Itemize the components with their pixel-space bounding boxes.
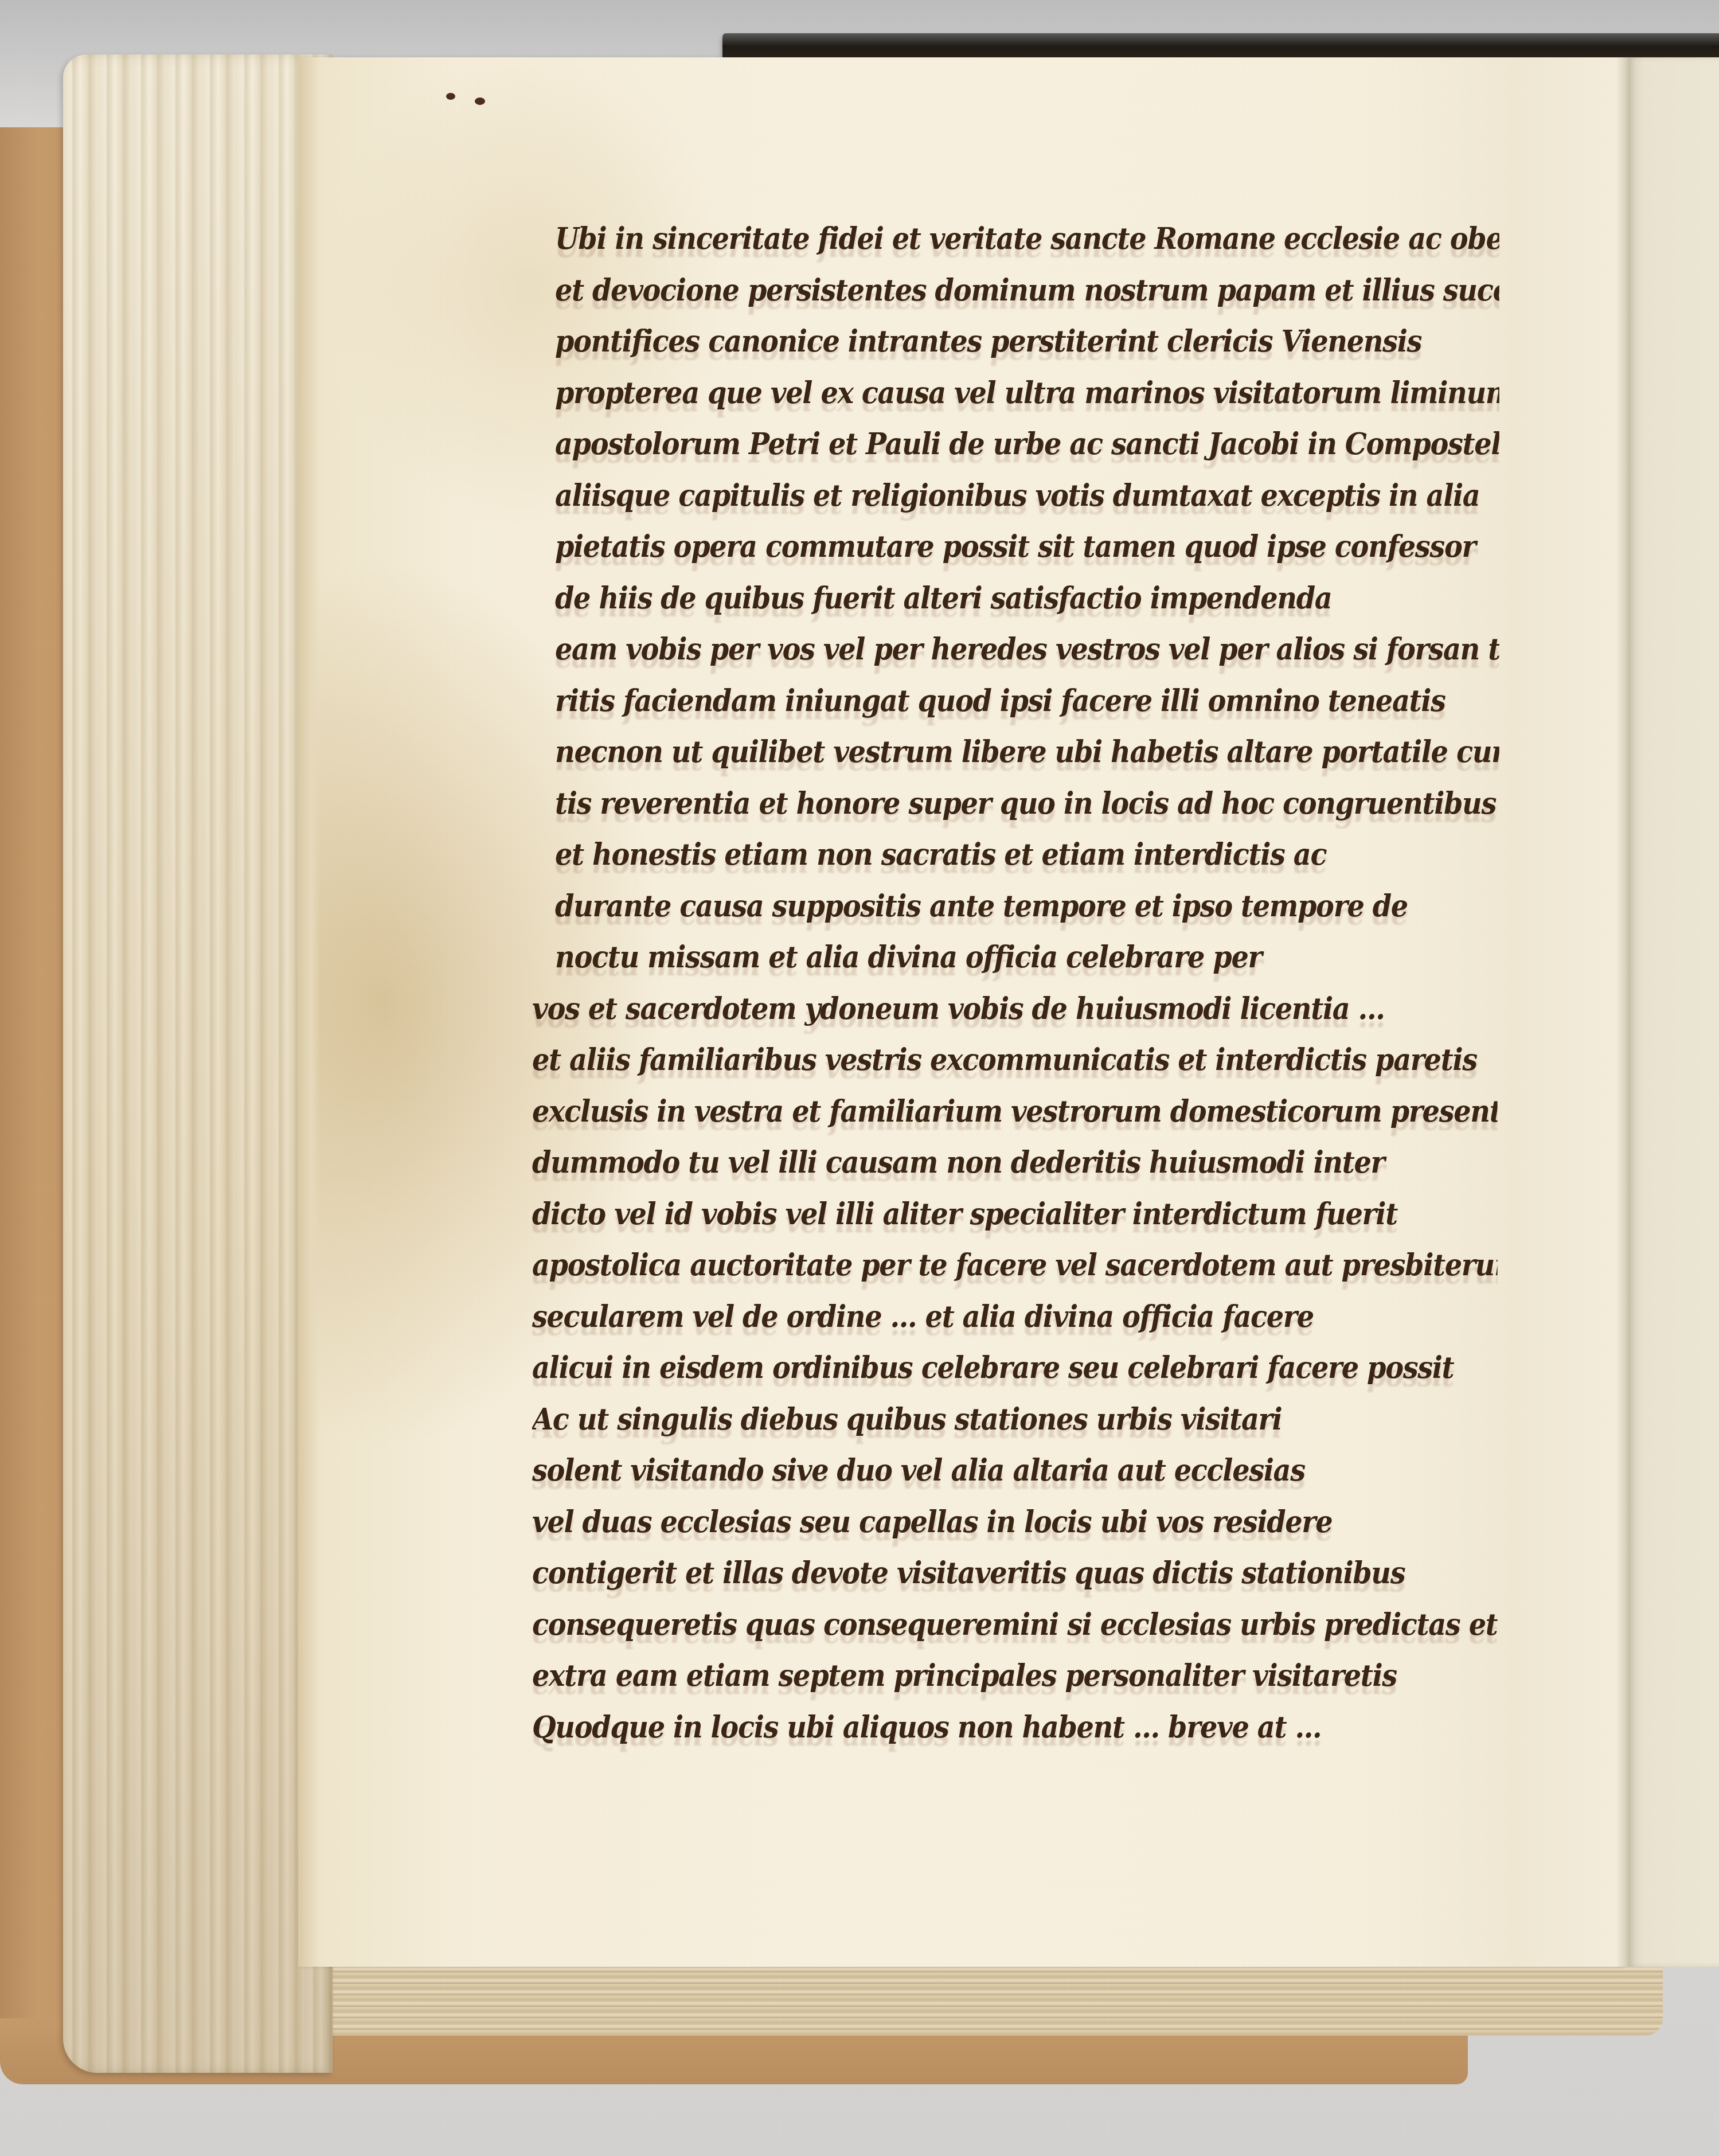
manuscript-line: Ubi in sinceritate fidei et veritate san… — [555, 213, 1499, 265]
spine-binding-strip — [722, 33, 1719, 57]
manuscript-line: pietatis opera commutare possit sit tame… — [555, 521, 1499, 573]
manuscript-line: et aliis familiaribus vestris excommunic… — [532, 1034, 1498, 1086]
manuscript-line: dicto vel id vobis vel illi aliter speci… — [532, 1189, 1498, 1240]
manuscript-line: vos et sacerdotem ydoneum vobis de huius… — [532, 983, 1498, 1035]
manuscript-text-block: Ubi in sinceritate fidei et veritate san… — [555, 213, 1581, 1753]
manuscript-line: apostolorum Petri et Pauli de urbe ac sa… — [555, 419, 1499, 470]
manuscript-line: contigerit et illas devote visitaveritis… — [532, 1548, 1498, 1599]
page-stack-fore-edge — [63, 54, 333, 2073]
manuscript-line: noctu missam et alia divina officia cele… — [555, 932, 1499, 983]
manuscript-line: necnon ut quilibet vestrum libere ubi ha… — [555, 727, 1499, 778]
manuscript-line: pontifices canonice intrantes perstiteri… — [555, 316, 1499, 368]
manuscript-line: eam vobis per vos vel per heredes vestro… — [555, 624, 1499, 675]
manuscript-line: extra eam etiam septem principales perso… — [532, 1650, 1498, 1702]
manuscript-line: exclusis in vestra et familiarium vestro… — [532, 1086, 1498, 1138]
manuscript-line: secularem vel de ordine ... et alia divi… — [532, 1291, 1498, 1343]
manuscript-line: et devocione persistentes dominum nostru… — [555, 265, 1499, 317]
manuscript-line: ritis faciendam iniungat quod ipsi facer… — [555, 675, 1499, 727]
manuscript-line: de hiis de quibus fuerit alteri satisfac… — [555, 573, 1499, 624]
manuscript-line: solent visitando sive duo vel alia altar… — [532, 1445, 1498, 1497]
manuscript-line: vel duas ecclesias seu capellas in locis… — [532, 1497, 1498, 1548]
gutter-fold — [1617, 57, 1630, 1967]
manuscript-line: tis reverentia et honore super quo in lo… — [555, 778, 1499, 830]
manuscript-line: et honestis etiam non sacratis et etiam … — [555, 829, 1499, 881]
manuscript-line: aliisque capitulis et religionibus votis… — [555, 470, 1499, 522]
manuscript-line: durante causa suppositis ante tempore et… — [555, 881, 1499, 932]
manuscript-line: consequeretis quas consequeremini si ecc… — [532, 1599, 1498, 1651]
facing-page — [1627, 57, 1719, 1967]
manuscript-line-decorated-initial: Quodque in locis ubi aliquos non habent … — [532, 1702, 1498, 1753]
ink-spot-icon — [446, 93, 455, 100]
leaf-edge — [298, 57, 320, 1967]
manuscript-line: propterea que vel ex causa vel ultra mar… — [555, 368, 1499, 419]
manuscript-line-decorated-initial: Ac ut singulis diebus quibus stationes u… — [532, 1394, 1498, 1446]
manuscript-line: apostolica auctoritate per te facere vel… — [532, 1240, 1498, 1291]
manuscript-line: alicui in eisdem ordinibus celebrare seu… — [532, 1342, 1498, 1394]
ink-spot-icon — [475, 97, 485, 105]
manuscript-line: dummodo tu vel illi causam non dederitis… — [532, 1137, 1498, 1189]
